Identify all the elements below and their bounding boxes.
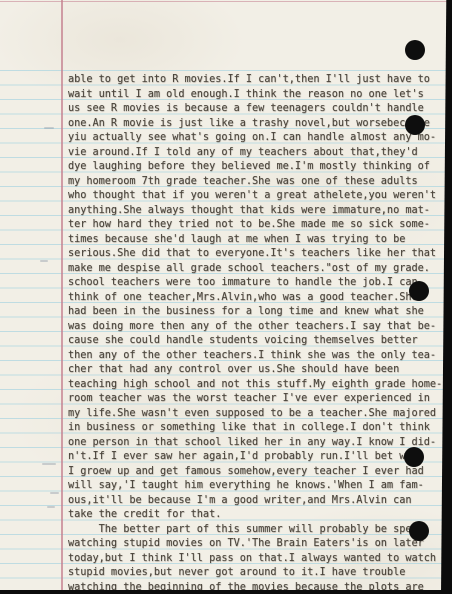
scan-edge-bottom — [0, 590, 452, 594]
scanned-notebook-page: able to get into R movies.If I can't,the… — [0, 0, 452, 594]
ink-bleed-mark — [44, 127, 54, 129]
ink-bleed-mark — [50, 492, 59, 494]
ink-bleed-mark — [40, 260, 48, 262]
ink-bleed-mark — [47, 506, 55, 508]
ink-bleed-mark — [42, 463, 56, 465]
hole-punch-dot — [409, 521, 429, 541]
top-margin-line — [0, 1, 452, 2]
typewritten-text: able to get into R movies.If I can't,the… — [68, 73, 442, 594]
hole-punch-dot — [404, 447, 424, 467]
hole-punch-dot — [405, 40, 425, 60]
left-margin-line — [61, 0, 63, 594]
hole-punch-dot — [405, 115, 425, 135]
hole-punch-dot — [409, 281, 429, 301]
